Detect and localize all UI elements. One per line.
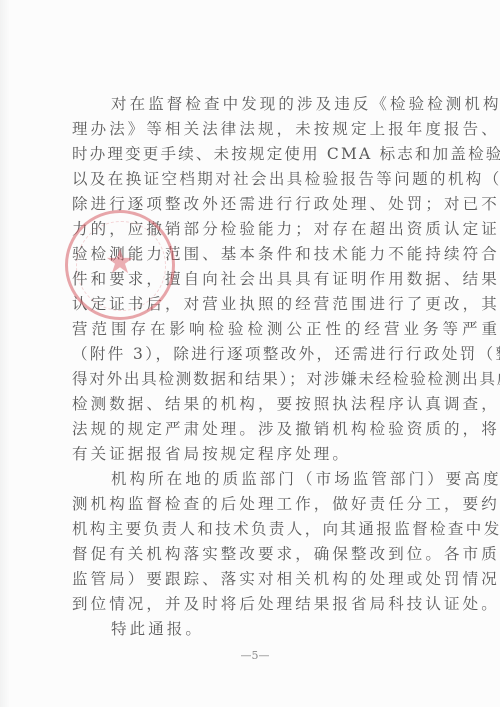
text-line: 对在监督检查中发现的涉及违反《检验检测机构资质认定管 xyxy=(72,92,452,117)
text-line: 检测数据、结果的机构，要按照执法程序认真调查，并依照法律 xyxy=(72,392,452,417)
page-edge-shadow xyxy=(0,0,10,707)
text-line: 理办法》等相关法律法规，未按规定上报年度报告、未按规定及 xyxy=(72,117,452,142)
text-line: 督促有关机构落实整改要求，确保整改到位。各市质监局（市场 xyxy=(72,542,452,567)
text-line: 测机构监督检查的后处理工作，做好责任分工，要约谈检验检测 xyxy=(72,492,452,517)
text-line: 有关证据报省局按规定程序处理。 xyxy=(72,442,452,467)
paragraph-violations: 对在监督检查中发现的涉及违反《检验检测机构资质认定管 理办法》等相关法律法规，未… xyxy=(72,92,452,467)
document-body: 对在监督检查中发现的涉及违反《检验检测机构资质认定管 理办法》等相关法律法规，未… xyxy=(72,92,452,642)
paragraph-closing: 特此通报。 xyxy=(72,617,452,642)
text-line: 时办理变更手续、未按规定使用 CMA 标志和加盖检验检测专用章、 xyxy=(72,142,452,167)
text-line: 以及在换证空档期对社会出具检验报告等问题的机构（附件 2）， xyxy=(72,167,452,192)
text-line: 法规的规定严肃处理。涉及撤销机构检验资质的，将调查取证的 xyxy=(72,417,452,442)
text-line: 机构所在地的质监部门（市场监管部门）要高度重视检验检 xyxy=(72,467,452,492)
closing-line: 特此通报。 xyxy=(72,617,452,642)
paragraph-follow-up: 机构所在地的质监部门（市场监管部门）要高度重视检验检 测机构监督检查的后处理工作… xyxy=(72,467,452,617)
text-line: 机构主要负责人和技术负责人，向其通报监督检查中发现的问题， xyxy=(72,517,452,542)
text-line: 到位情况，并及时将后处理结果报省局科技认证处。 xyxy=(72,592,452,617)
document-page: 对在监督检查中发现的涉及违反《检验检测机构资质认定管 理办法》等相关法律法规，未… xyxy=(0,0,500,707)
text-line: 件和要求，擅自向社会出具具有证明作用数据、结果，获取资质 xyxy=(72,267,452,292)
text-line: 监管局）要跟踪、落实对相关机构的处理或处罚情况及机构整改 xyxy=(72,567,452,592)
text-line: （附件 3），除进行逐项整改外，还需进行行政处罚（整改期间不 xyxy=(72,342,452,367)
text-line: 验检测能力范围、基本条件和技术能力不能持续符合资质认定条 xyxy=(72,242,452,267)
text-line: 除进行逐项整改外还需进行行政处理、处罚；对已不具备检测能 xyxy=(72,192,452,217)
text-line: 力的，应撤销部分检验能力；对存在超出资质认定证书规定的检 xyxy=(72,217,452,242)
text-line: 得对外出具检测数据和结果）；对涉嫌未经检验检测出具虚假检验 xyxy=(72,367,452,392)
text-line: 营范围存在影响检验检测公正性的经营业务等严重问题的机构 xyxy=(72,317,452,342)
page-number: —5— xyxy=(225,649,285,662)
text-line: 认定证书后，对营业执照的经营范围进行了更改，其更改后的经 xyxy=(72,292,452,317)
